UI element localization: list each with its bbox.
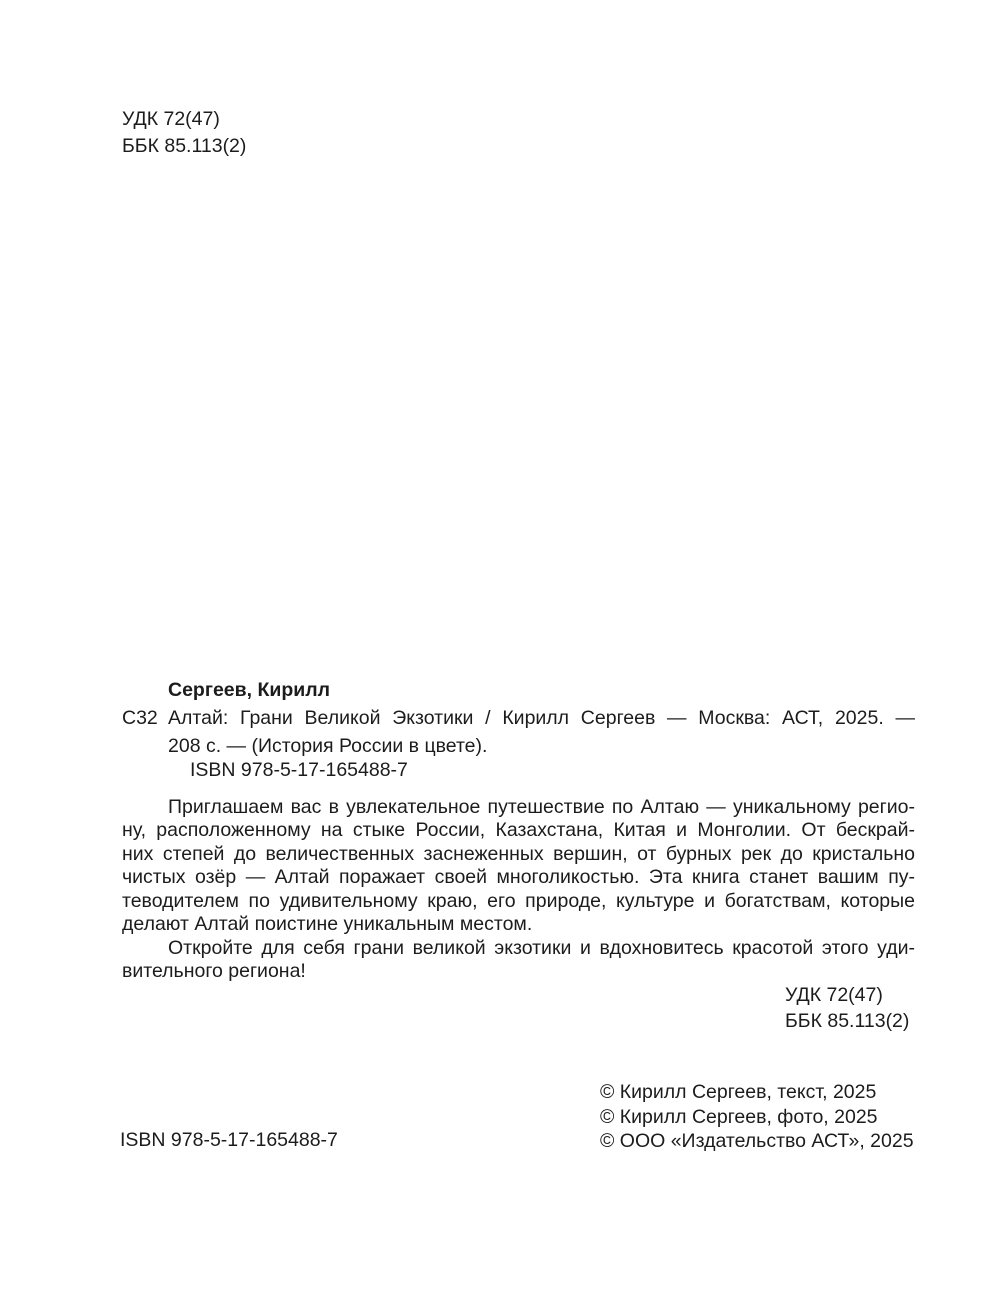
bibliographic-description: Алтай: Грани Великой Экзотики / Кирилл С… [168, 704, 915, 760]
bbk-code: ББК 85.113(2) [785, 1008, 909, 1034]
annotation-line: чистых озёр — Алтай поражает своей много… [122, 866, 915, 889]
annotation-line: Откройте для себя грани великой экзотики… [122, 937, 915, 960]
copyright-line: © Кирилл Сергеев, фото, 2025 [600, 1105, 914, 1130]
book-imprint-page: УДК 72(47) ББК 85.113(2) Сергеев, Кирилл… [0, 0, 1000, 1312]
annotation-paragraph: Приглашаем вас в увлекательное путешеств… [122, 796, 915, 984]
isbn-number: ISBN 978-5-17-165488-7 [190, 759, 408, 782]
top-classification-block: УДК 72(47) ББК 85.113(2) [122, 106, 246, 160]
copyright-line: © ООО «Издательство АСТ», 2025 [600, 1129, 914, 1154]
udk-code: УДК 72(47) [122, 106, 246, 133]
annotation-line: теводителем по удивительному краю, его п… [122, 890, 915, 913]
bibliographic-line: Алтай: Грани Великой Экзотики / Кирилл С… [168, 704, 915, 732]
isbn-number: ISBN 978-5-17-165488-7 [120, 1129, 338, 1152]
annotation-line: них степей до величественных заснеженных… [122, 843, 915, 866]
bibliographic-entry: С32 Алтай: Грани Великой Экзотики / Кири… [122, 704, 915, 760]
copyright-line: © Кирилл Сергеев, текст, 2025 [600, 1080, 914, 1105]
book-index-code: С32 [122, 704, 158, 732]
annotation-line: ну, расположенному на стыке России, Каза… [122, 819, 915, 842]
udk-code: УДК 72(47) [785, 982, 909, 1008]
annotation-line: делают Алтай поистине уникальным местом. [122, 913, 915, 936]
bbk-code: ББК 85.113(2) [122, 133, 246, 160]
bibliographic-line: 208 с. — (История России в цвете). [168, 732, 915, 760]
bottom-classification-block: УДК 72(47) ББК 85.113(2) [785, 982, 909, 1034]
annotation-line: вительного региона! [122, 960, 915, 983]
copyright-block: © Кирилл Сергеев, текст, 2025 © Кирилл С… [600, 1080, 914, 1154]
annotation-line: Приглашаем вас в увлекательное путешеств… [122, 796, 915, 819]
bibliographic-record: Сергеев, Кирилл С32 Алтай: Грани Великой… [122, 676, 915, 760]
author-name: Сергеев, Кирилл [122, 676, 915, 704]
